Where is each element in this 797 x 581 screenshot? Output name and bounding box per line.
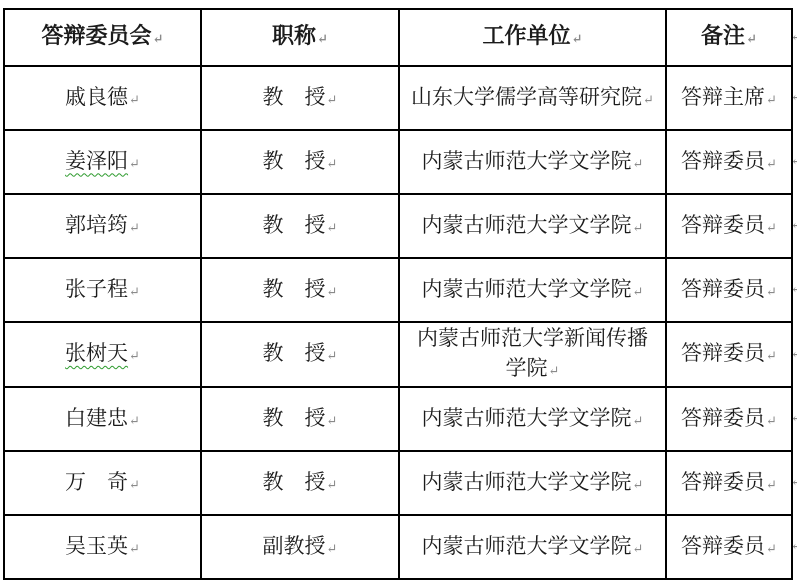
name-text: 张子程 — [65, 277, 128, 301]
unit-text: 内蒙古师范大学新闻传播学院 — [417, 326, 648, 380]
row-end-mark: ↵ — [791, 218, 797, 231]
cell-unit[interactable]: 内蒙古师范大学文学院↵ — [399, 515, 666, 579]
name-text: 白建忠 — [65, 406, 128, 430]
cell-title[interactable]: 教 授↵ — [201, 66, 399, 130]
cell-name[interactable]: 万 奇↵ — [4, 451, 201, 515]
cell-unit[interactable]: 山东大学儒学高等研究院↵ — [399, 66, 666, 130]
cell-name[interactable]: 姜泽阳↵ — [4, 130, 201, 194]
note-text: 答辩委员 — [681, 277, 765, 301]
paragraph-mark: ↵ — [746, 31, 757, 46]
cell-title[interactable]: 教 授↵ — [201, 258, 399, 322]
paragraph-mark: ↵ — [327, 541, 338, 556]
row-end-mark: ↵ — [791, 347, 797, 360]
header-cell-committee[interactable]: 答辩委员会↵ — [4, 9, 201, 66]
committee-table: 答辩委员会↵ 职称↵ 工作单位↵ 备注↵ 戚良德↵教 授↵山东大学儒学高等研究院… — [3, 8, 793, 580]
paragraph-mark: ↵ — [766, 92, 777, 107]
cell-note[interactable]: 答辩委员↵ — [666, 515, 792, 579]
cell-name[interactable]: 张树天↵ — [4, 322, 201, 387]
paragraph-mark: ↵ — [766, 156, 777, 171]
row-end-mark: ↵ — [791, 475, 797, 488]
paragraph-mark: ↵ — [129, 413, 140, 428]
paragraph-mark: ↵ — [766, 413, 777, 428]
cell-title[interactable]: 教 授↵ — [201, 130, 399, 194]
cell-title[interactable]: 教 授↵ — [201, 451, 399, 515]
paragraph-mark: ↵ — [327, 220, 338, 235]
table-row: 姜泽阳↵教 授↵内蒙古师范大学文学院↵答辩委员↵ — [4, 130, 792, 194]
note-text: 答辩委员 — [681, 406, 765, 430]
paragraph-mark: ↵ — [129, 541, 140, 556]
paragraph-mark: ↵ — [327, 284, 338, 299]
row-end-mark: ↵ — [791, 539, 797, 552]
cell-unit[interactable]: 内蒙古师范大学文学院↵ — [399, 387, 666, 451]
unit-text: 内蒙古师范大学文学院 — [422, 149, 632, 173]
cell-note[interactable]: 答辩委员↵ — [666, 451, 792, 515]
unit-text: 内蒙古师范大学文学院 — [422, 470, 632, 494]
header-label: 备注 — [701, 23, 745, 48]
cell-title[interactable]: 教 授↵ — [201, 387, 399, 451]
paragraph-mark: ↵ — [129, 477, 140, 492]
table-row: 张子程↵教 授↵内蒙古师范大学文学院↵答辩委员↵ — [4, 258, 792, 322]
table-row: 郭培筠↵教 授↵内蒙古师范大学文学院↵答辩委员↵ — [4, 194, 792, 258]
cell-unit[interactable]: 内蒙古师范大学文学院↵ — [399, 130, 666, 194]
row-end-mark: ↵ — [791, 30, 797, 43]
cell-unit[interactable]: 内蒙古师范大学文学院↵ — [399, 258, 666, 322]
title-text: 教 授 — [263, 341, 326, 365]
cell-note[interactable]: 答辩主席↵ — [666, 66, 792, 130]
paragraph-mark: ↵ — [317, 31, 328, 46]
table-row: 万 奇↵教 授↵内蒙古师范大学文学院↵答辩委员↵ — [4, 451, 792, 515]
paragraph-mark: ↵ — [766, 477, 777, 492]
name-text: 戚良德 — [65, 85, 128, 109]
cell-title[interactable]: 教 授↵ — [201, 194, 399, 258]
header-label: 工作单位 — [483, 23, 571, 48]
paragraph-mark: ↵ — [766, 541, 777, 556]
name-text: 万 奇 — [65, 470, 128, 494]
title-text: 教 授 — [263, 277, 326, 301]
paragraph-mark: ↵ — [153, 31, 164, 46]
note-text: 答辩委员 — [681, 213, 765, 237]
cell-name[interactable]: 郭培筠↵ — [4, 194, 201, 258]
paragraph-mark: ↵ — [633, 284, 644, 299]
cell-unit[interactable]: 内蒙古师范大学文学院↵ — [399, 194, 666, 258]
paragraph-mark: ↵ — [327, 413, 338, 428]
row-end-mark: ↵ — [791, 154, 797, 167]
name-text: 姜泽阳 — [65, 149, 128, 173]
note-text: 答辩委员 — [681, 534, 765, 558]
paragraph-mark: ↵ — [572, 31, 583, 46]
unit-text: 内蒙古师范大学文学院 — [422, 534, 632, 558]
table-row: 戚良德↵教 授↵山东大学儒学高等研究院↵答辩主席↵ — [4, 66, 792, 130]
paragraph-mark: ↵ — [643, 92, 654, 107]
header-cell-note[interactable]: 备注↵ — [666, 9, 792, 66]
title-text: 教 授 — [263, 470, 326, 494]
title-text: 教 授 — [263, 213, 326, 237]
paragraph-mark: ↵ — [129, 220, 140, 235]
name-text: 吴玉英 — [65, 534, 128, 558]
paragraph-mark: ↵ — [327, 477, 338, 492]
paragraph-mark: ↵ — [766, 348, 777, 363]
paragraph-mark: ↵ — [633, 413, 644, 428]
header-label: 答辩委员会 — [42, 23, 152, 48]
unit-text: 山东大学儒学高等研究院 — [411, 85, 642, 109]
row-end-mark: ↵ — [791, 411, 797, 424]
table-row: 吴玉英↵副教授↵内蒙古师范大学文学院↵答辩委员↵ — [4, 515, 792, 579]
table-body: 戚良德↵教 授↵山东大学儒学高等研究院↵答辩主席↵姜泽阳↵教 授↵内蒙古师范大学… — [4, 66, 792, 579]
table-row: 白建忠↵教 授↵内蒙古师范大学文学院↵答辩委员↵ — [4, 387, 792, 451]
row-end-mark: ↵ — [791, 90, 797, 103]
cell-name[interactable]: 吴玉英↵ — [4, 515, 201, 579]
paragraph-mark: ↵ — [129, 156, 140, 171]
paragraph-mark: ↵ — [633, 156, 644, 171]
cell-title[interactable]: 副教授↵ — [201, 515, 399, 579]
cell-title[interactable]: 教 授↵ — [201, 322, 399, 387]
cell-note[interactable]: 答辩委员↵ — [666, 387, 792, 451]
unit-text: 内蒙古师范大学文学院 — [422, 277, 632, 301]
header-cell-unit[interactable]: 工作单位↵ — [399, 9, 666, 66]
title-text: 教 授 — [263, 85, 326, 109]
cell-note[interactable]: 答辩委员↵ — [666, 130, 792, 194]
note-text: 答辩主席 — [681, 85, 765, 109]
name-text: 郭培筠 — [65, 213, 128, 237]
paragraph-mark: ↵ — [129, 284, 140, 299]
table-row: 张树天↵教 授↵内蒙古师范大学新闻传播学院↵答辩委员↵ — [4, 322, 792, 387]
cell-name[interactable]: 戚良德↵ — [4, 66, 201, 130]
document-page: 答辩委员会↵ 职称↵ 工作单位↵ 备注↵ 戚良德↵教 授↵山东大学儒学高等研究院… — [0, 0, 797, 581]
paragraph-mark: ↵ — [327, 348, 338, 363]
paragraph-mark: ↵ — [633, 477, 644, 492]
title-text: 副教授 — [263, 534, 326, 558]
cell-note[interactable]: 答辩委员↵ — [666, 194, 792, 258]
unit-text: 内蒙古师范大学文学院 — [422, 406, 632, 430]
paragraph-mark: ↵ — [327, 92, 338, 107]
row-end-mark: ↵ — [791, 282, 797, 295]
paragraph-mark: ↵ — [766, 284, 777, 299]
header-row: 答辩委员会↵ 职称↵ 工作单位↵ 备注↵ — [4, 9, 792, 66]
title-text: 教 授 — [263, 406, 326, 430]
note-text: 答辩委员 — [681, 470, 765, 494]
note-text: 答辩委员 — [681, 341, 765, 365]
cell-unit[interactable]: 内蒙古师范大学新闻传播学院↵ — [399, 322, 666, 387]
header-label: 职称 — [272, 23, 316, 48]
paragraph-mark: ↵ — [633, 220, 644, 235]
paragraph-mark: ↵ — [327, 156, 338, 171]
note-text: 答辩委员 — [681, 149, 765, 173]
unit-text: 内蒙古师范大学文学院 — [422, 213, 632, 237]
paragraph-mark: ↵ — [549, 363, 560, 378]
paragraph-mark: ↵ — [129, 92, 140, 107]
cell-name[interactable]: 张子程↵ — [4, 258, 201, 322]
cell-unit[interactable]: 内蒙古师范大学文学院↵ — [399, 451, 666, 515]
cell-note[interactable]: 答辩委员↵ — [666, 258, 792, 322]
paragraph-mark: ↵ — [766, 220, 777, 235]
header-cell-title[interactable]: 职称↵ — [201, 9, 399, 66]
name-text: 张树天 — [65, 341, 128, 365]
cell-name[interactable]: 白建忠↵ — [4, 387, 201, 451]
title-text: 教 授 — [263, 149, 326, 173]
paragraph-mark: ↵ — [633, 541, 644, 556]
cell-note[interactable]: 答辩委员↵ — [666, 322, 792, 387]
paragraph-mark: ↵ — [129, 348, 140, 363]
